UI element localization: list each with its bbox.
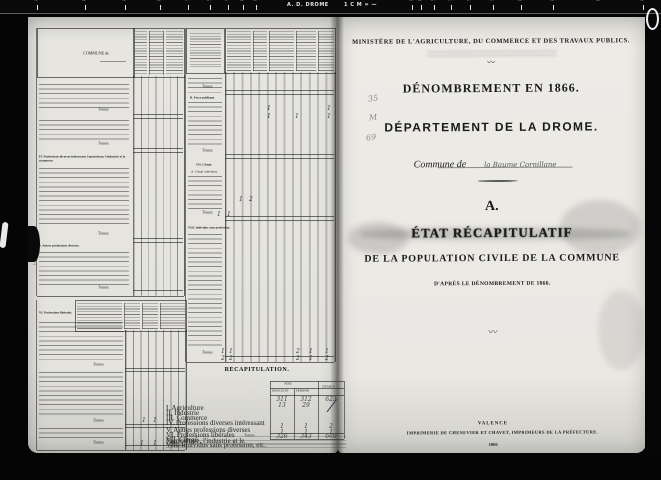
- totals-rule: [133, 114, 183, 115]
- ruler-tick-label: B4: [225, 0, 229, 2]
- table-b-column-headers: [225, 28, 336, 74]
- margin-note: M: [369, 113, 378, 123]
- table-c-left-rule: [36, 300, 37, 450]
- handwritten-tally: 1: [239, 196, 243, 203]
- totals-rule: [133, 290, 183, 291]
- totals-rule: [133, 238, 183, 239]
- dapres-subnote: D'APRÈS LE DÉNOMBREMENT DE 1866.: [397, 279, 588, 286]
- totaux-label: Totaux: [202, 148, 213, 153]
- totals-rule: [225, 90, 334, 91]
- totals-rule: [133, 148, 183, 149]
- ruler-tick-label: A1: [34, 0, 38, 2]
- commune-line: Commune de la Baume Cornillane: [414, 154, 557, 173]
- handwritten-tally: 1: [309, 355, 313, 362]
- section-v-heading: V. Autres professions diverses.: [39, 244, 131, 248]
- film-ruler: A1 B2 A3 B3 A4 B4 B4 B3 A3 A3 B3 B4 A4 B…: [0, 0, 661, 14]
- ruler-tick: [434, 5, 435, 10]
- scale-label: 1 C M = —: [344, 2, 377, 8]
- totals-rule: [225, 216, 334, 217]
- film-sprocket-mark: [0, 222, 9, 249]
- film-right-strip: [645, 17, 661, 453]
- column-header-microtext: [160, 303, 185, 329]
- column-header-microtext: [227, 31, 251, 71]
- table-a-bottom-rule: [37, 296, 184, 297]
- margin-note: 69: [365, 132, 376, 142]
- film-edge-highlight: [0, 13, 661, 14]
- handwritten-tally: 1: [327, 105, 331, 112]
- ruler-tick: [493, 5, 494, 10]
- ruler-tick: [37, 5, 38, 10]
- force-publique-heading: B. Force publique.: [190, 96, 280, 100]
- ruler-tick: [421, 5, 422, 10]
- ruler-tick: [451, 5, 452, 10]
- ruler-tick: [643, 5, 644, 10]
- ruler-tick-label: A4: [185, 0, 189, 2]
- totals-rule: [225, 94, 334, 95]
- ruler-tick-label: B3: [157, 0, 161, 2]
- archive-label: A. D. DROME: [287, 2, 329, 8]
- flourish-divider: 〰: [337, 56, 645, 69]
- ruler-tick: [553, 5, 554, 10]
- recap-value: 29: [295, 402, 317, 409]
- totaux-label: Totaux: [202, 210, 213, 215]
- handwritten-tally: 1: [221, 348, 225, 355]
- totals-rule: [225, 220, 334, 221]
- clerge-heading: VII. Clergé.: [196, 163, 277, 167]
- table-b-items: [188, 102, 222, 146]
- ruler-tick: [210, 5, 211, 10]
- sans-profession-heading: VIII. Individus sans profession.: [188, 226, 280, 230]
- recap-title: RÉCAPITULATION.: [207, 366, 307, 373]
- commune-header-label: COMMUNE de: [56, 51, 136, 56]
- totals-rule: [125, 368, 185, 369]
- imprint-city: VALENCE: [397, 419, 588, 426]
- totals-rule: [133, 242, 183, 243]
- handwritten-tally: 1: [295, 113, 299, 120]
- handwritten-tally: 2: [249, 196, 253, 203]
- ruler-tick-label: B3: [518, 0, 522, 2]
- handwritten-tally: 2: [296, 348, 300, 355]
- clerge-catholique-heading: A. Clergé catholique.: [191, 170, 281, 174]
- table-b-grid: [225, 72, 336, 362]
- denombrement-title: DÉNOMBREMENT EN 1866.: [337, 80, 645, 97]
- stain: [560, 200, 640, 255]
- totals-rule: [225, 158, 334, 159]
- column-header-microtext: [166, 31, 183, 75]
- table-a-grid: [133, 76, 185, 296]
- table-c-items: [39, 322, 123, 362]
- ministry-heading: MINISTÈRE DE L'AGRICULTURE, DU COMMERCE …: [337, 37, 645, 46]
- recap-row: IV. Professions diverses intéressant l'a…: [166, 412, 270, 417]
- ruler-tick-label: B3: [418, 0, 422, 2]
- totaux-label: Totaux: [98, 231, 109, 236]
- ruler-tick-label: B3: [240, 0, 244, 2]
- handwritten-tally: 2: [229, 355, 233, 362]
- totals-rule: [133, 118, 183, 119]
- film-edge-notch: [28, 226, 40, 262]
- recap-footnotes: [166, 436, 346, 451]
- section-iv-heading: IV. Professions diverses intéressant l'a…: [39, 155, 131, 163]
- ruler-tick-label: B2: [82, 0, 86, 2]
- professions-liberales-heading: VI. Professions libérales.: [39, 311, 129, 315]
- totaux-label: Totaux: [93, 418, 104, 423]
- ruler-tick-label: B4: [207, 0, 211, 2]
- table-b-items: [188, 176, 222, 210]
- ruler-tick-label: B4: [431, 0, 435, 2]
- table-a-column-headers: [133, 28, 185, 78]
- column-header-microtext: [318, 31, 334, 71]
- handwritten-tally: 1: [267, 105, 271, 112]
- ruler-tick: [125, 5, 126, 10]
- section-b-items: [39, 120, 129, 140]
- column-header-microtext: [296, 31, 316, 71]
- handwritten-tally: 1: [267, 113, 271, 120]
- totaux-label: Totaux: [93, 440, 104, 445]
- column-header-microtext: [124, 303, 140, 329]
- department-title: DÉPARTEMENT DE LA DROME.: [337, 119, 645, 135]
- totals-rule: [133, 152, 183, 153]
- ruler-tick-label: B2: [596, 0, 600, 2]
- stain: [598, 290, 644, 370]
- divider-rule: [478, 180, 518, 182]
- ruler-tick: [188, 5, 189, 10]
- section-a-items: [39, 84, 129, 108]
- ruler-tick-label: A4: [448, 0, 452, 2]
- totaux-label: Totaux: [98, 285, 109, 290]
- table-b-items: [188, 234, 222, 346]
- recap-value: 13: [271, 402, 293, 409]
- table-b-label-header: [186, 28, 225, 74]
- film-bottom-strip: [0, 455, 661, 480]
- totals-rule: [225, 154, 334, 155]
- section-v-items: [39, 252, 129, 286]
- imprint-line: IMPRIMERIE DE CHENEVIER ET CHAVET, IMPRI…: [407, 430, 580, 436]
- totaux-label: Totaux: [93, 362, 104, 367]
- handwritten-tally: 1: [229, 348, 233, 355]
- table-a-label-header: COMMUNE de: [37, 28, 135, 78]
- table-c-items: [39, 372, 123, 418]
- table-c-items: [39, 428, 123, 442]
- commune-blank-line: [100, 61, 126, 62]
- handwritten-tally: 1: [327, 113, 331, 120]
- totals-rule: [225, 356, 334, 357]
- totals-rule: [125, 371, 185, 372]
- handwritten-tally: 2: [325, 355, 329, 362]
- handwritten-tally: 2: [221, 355, 225, 362]
- margin-note: 35: [367, 93, 378, 103]
- column-header-microtext: [135, 31, 147, 75]
- scanned-census-document: A1 B2 A3 B3 A4 B4 B4 B3 A3 A3 B3 B4 A4 B…: [0, 0, 661, 480]
- table-c-bottom-rule: [37, 450, 185, 451]
- ruler-tick: [412, 5, 413, 10]
- column-header-microtext: [253, 31, 266, 71]
- stain: [360, 228, 630, 240]
- ruler-tick-label: A1: [640, 0, 644, 2]
- totaux-label: Totaux: [98, 107, 109, 112]
- commune-label: Commune de: [414, 159, 467, 170]
- totaux-label: Totaux: [98, 141, 109, 146]
- handwritten-tally: 1: [140, 440, 144, 447]
- handwritten-tally: 1: [153, 417, 157, 424]
- ruler-tick-label: A3: [253, 0, 257, 2]
- ruler-tick-label: A3: [409, 0, 413, 2]
- recap-col-group: SEXE: [284, 382, 311, 386]
- label-header-microtext: [190, 33, 221, 67]
- handwritten-tally: 1: [227, 211, 231, 218]
- section-iv-items: [39, 168, 129, 228]
- film-clip-mark: [646, 8, 659, 30]
- ruler-tick-label: B4: [467, 0, 471, 2]
- imprint-year: 1866: [407, 442, 580, 448]
- ruler-tick-label: A4: [490, 0, 494, 2]
- ruler-tick: [228, 5, 229, 10]
- ruler-tick-label: A3: [122, 0, 126, 2]
- ruler-tick: [85, 5, 86, 10]
- ruler-tick: [521, 5, 522, 10]
- column-header-microtext: [149, 31, 163, 75]
- table-b-bottom-rule: [186, 362, 334, 363]
- column-header-microtext: [142, 303, 158, 329]
- ruler-tick: [243, 5, 244, 10]
- handwritten-tally: 2: [296, 355, 300, 362]
- ruler-tick: [256, 5, 257, 10]
- handwritten-tally: 1: [309, 348, 313, 355]
- handwritten-tally: 1: [153, 440, 157, 447]
- recap-col-feminin: FÉMININ: [296, 389, 323, 393]
- recap-col-masculin: MASCULIN: [272, 389, 299, 393]
- ruler-tick: [160, 5, 161, 10]
- ruler-tick-label: A3: [550, 0, 554, 2]
- totaux-label: Totaux: [202, 350, 213, 355]
- handwritten-tally: 1: [325, 348, 329, 355]
- handwritten-tally: 1: [142, 417, 146, 424]
- column-header-microtext: [269, 31, 294, 71]
- ruler-tick: [470, 5, 471, 10]
- totaux-label: Totaux: [202, 84, 213, 89]
- handwritten-tally: 1: [217, 211, 221, 218]
